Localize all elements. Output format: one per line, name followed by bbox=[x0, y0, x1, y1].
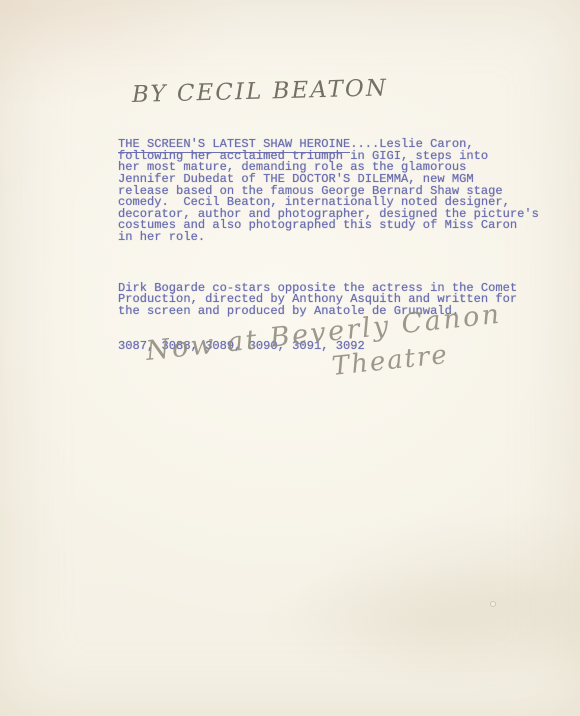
caption-paragraph-1-text: ....Leslie Caron, following her acclaime… bbox=[118, 137, 539, 244]
paper-speck bbox=[490, 601, 496, 607]
caption-paragraph-1: THE SCREEN'S LATEST SHAW HEROINE....Lesl… bbox=[118, 139, 558, 243]
